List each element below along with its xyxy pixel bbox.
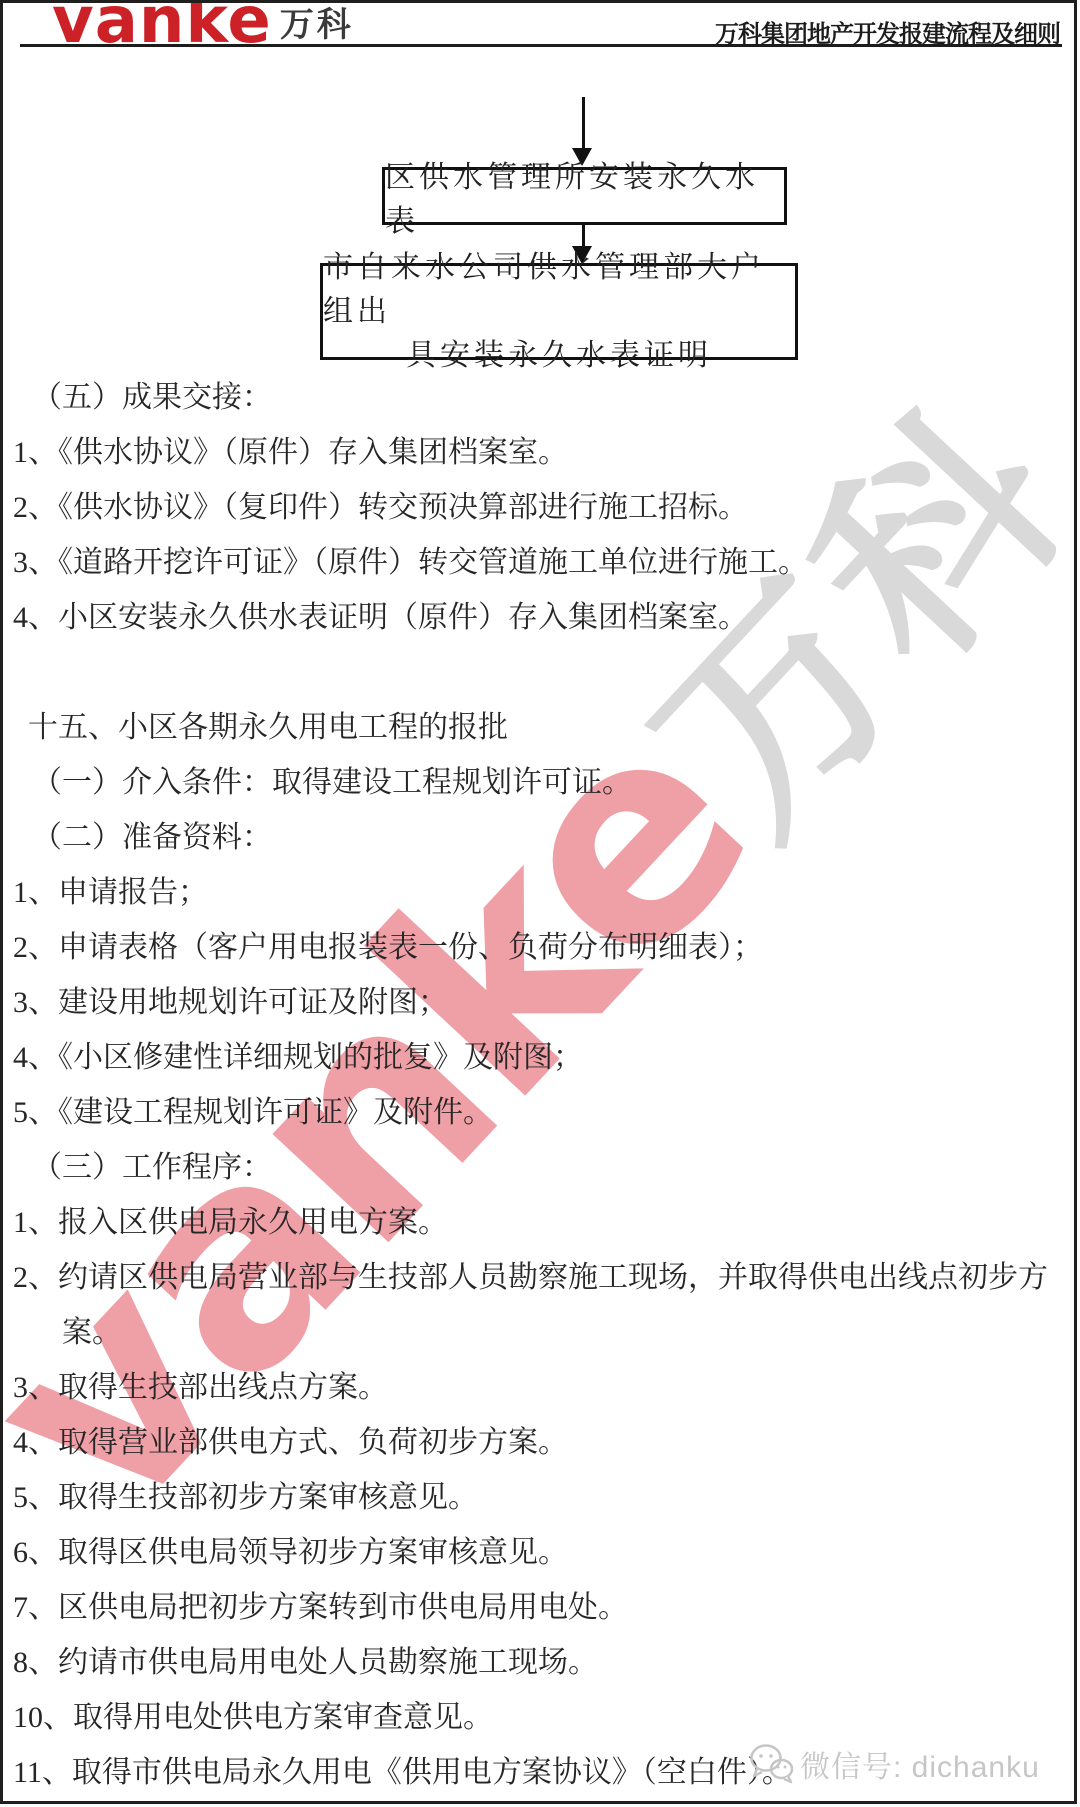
body-line: （五）成果交接：	[0, 370, 1070, 425]
body-line: 3、取得生技部出线点方案。	[0, 1360, 1070, 1415]
flow-box-water-meter-certificate: 市自来水公司供水管理部大户组出 具安装永久水表证明	[320, 263, 798, 360]
body-line: 7、区供电局把初步方案转到市供电局用电处。	[0, 1580, 1070, 1635]
flow-box-install-water-meter: 区供水管理所安装永久水表	[382, 167, 787, 225]
body-text: （五）成果交接：1、《供水协议》（原件）存入集团档案室。2、《供水协议》（复印件…	[0, 370, 1070, 1800]
wechat-watermark: 微信号: dichanku	[748, 1742, 1040, 1786]
body-line: 3、建设用地规划许可证及附图；	[0, 975, 1070, 1030]
wechat-icon	[748, 1743, 794, 1785]
body-line: （一）介入条件：取得建设工程规划许可证。	[0, 755, 1070, 810]
body-line: 案。	[0, 1305, 1070, 1360]
body-line: 3、《道路开挖许可证》（原件）转交管道施工单位进行施工。	[0, 535, 1070, 590]
body-line: 1、报入区供电局永久用电方案。	[0, 1195, 1070, 1250]
body-line: 5、《建设工程规划许可证》及附件。	[0, 1085, 1070, 1140]
body-line: （三）工作程序：	[0, 1140, 1070, 1195]
body-line: 4、小区安装永久供水表证明（原件）存入集团档案室。	[0, 590, 1070, 645]
body-line: 4、取得营业部供电方式、负荷初步方案。	[0, 1415, 1070, 1470]
body-line: 2、约请区供电局营业部与生技部人员勘察施工现场，并取得供电出线点初步方	[0, 1250, 1070, 1305]
flow-arrow-down-icon	[582, 225, 585, 247]
flow-arrow-down-icon	[582, 97, 585, 149]
body-line: 5、取得生技部初步方案审核意见。	[0, 1470, 1070, 1525]
body-line: 2、申请表格（客户用电报装表一份、负荷分布明细表）；	[0, 920, 1070, 975]
vanke-logo-latin: vanke	[52, 0, 272, 58]
vanke-logo-cjk: 万科	[280, 6, 354, 44]
body-line: 4、《小区修建性详细规划的批复》及附图；	[0, 1030, 1070, 1085]
body-line: 10、取得用电处供电方案审查意见。	[0, 1690, 1070, 1745]
body-line: 6、取得区供电局领导初步方案审核意见。	[0, 1525, 1070, 1580]
body-line: （二）准备资料：	[0, 810, 1070, 865]
vanke-logo: vanke万科	[52, 0, 354, 58]
flow-box-line: 市自来水公司供水管理部大户组出	[323, 246, 795, 334]
body-line: 十五、小区各期永久用电工程的报批	[0, 700, 1070, 755]
body-line: 1、《供水协议》（原件）存入集团档案室。	[0, 425, 1070, 480]
body-line: 2、《供水协议》（复印件）转交预决算部进行施工招标。	[0, 480, 1070, 535]
header-divider	[20, 44, 1062, 47]
body-line: 1、申请报告；	[0, 865, 1070, 920]
body-line: 8、约请市供电局用电处人员勘察施工现场。	[0, 1635, 1070, 1690]
wechat-label: 微信号: dichanku	[800, 1742, 1040, 1786]
